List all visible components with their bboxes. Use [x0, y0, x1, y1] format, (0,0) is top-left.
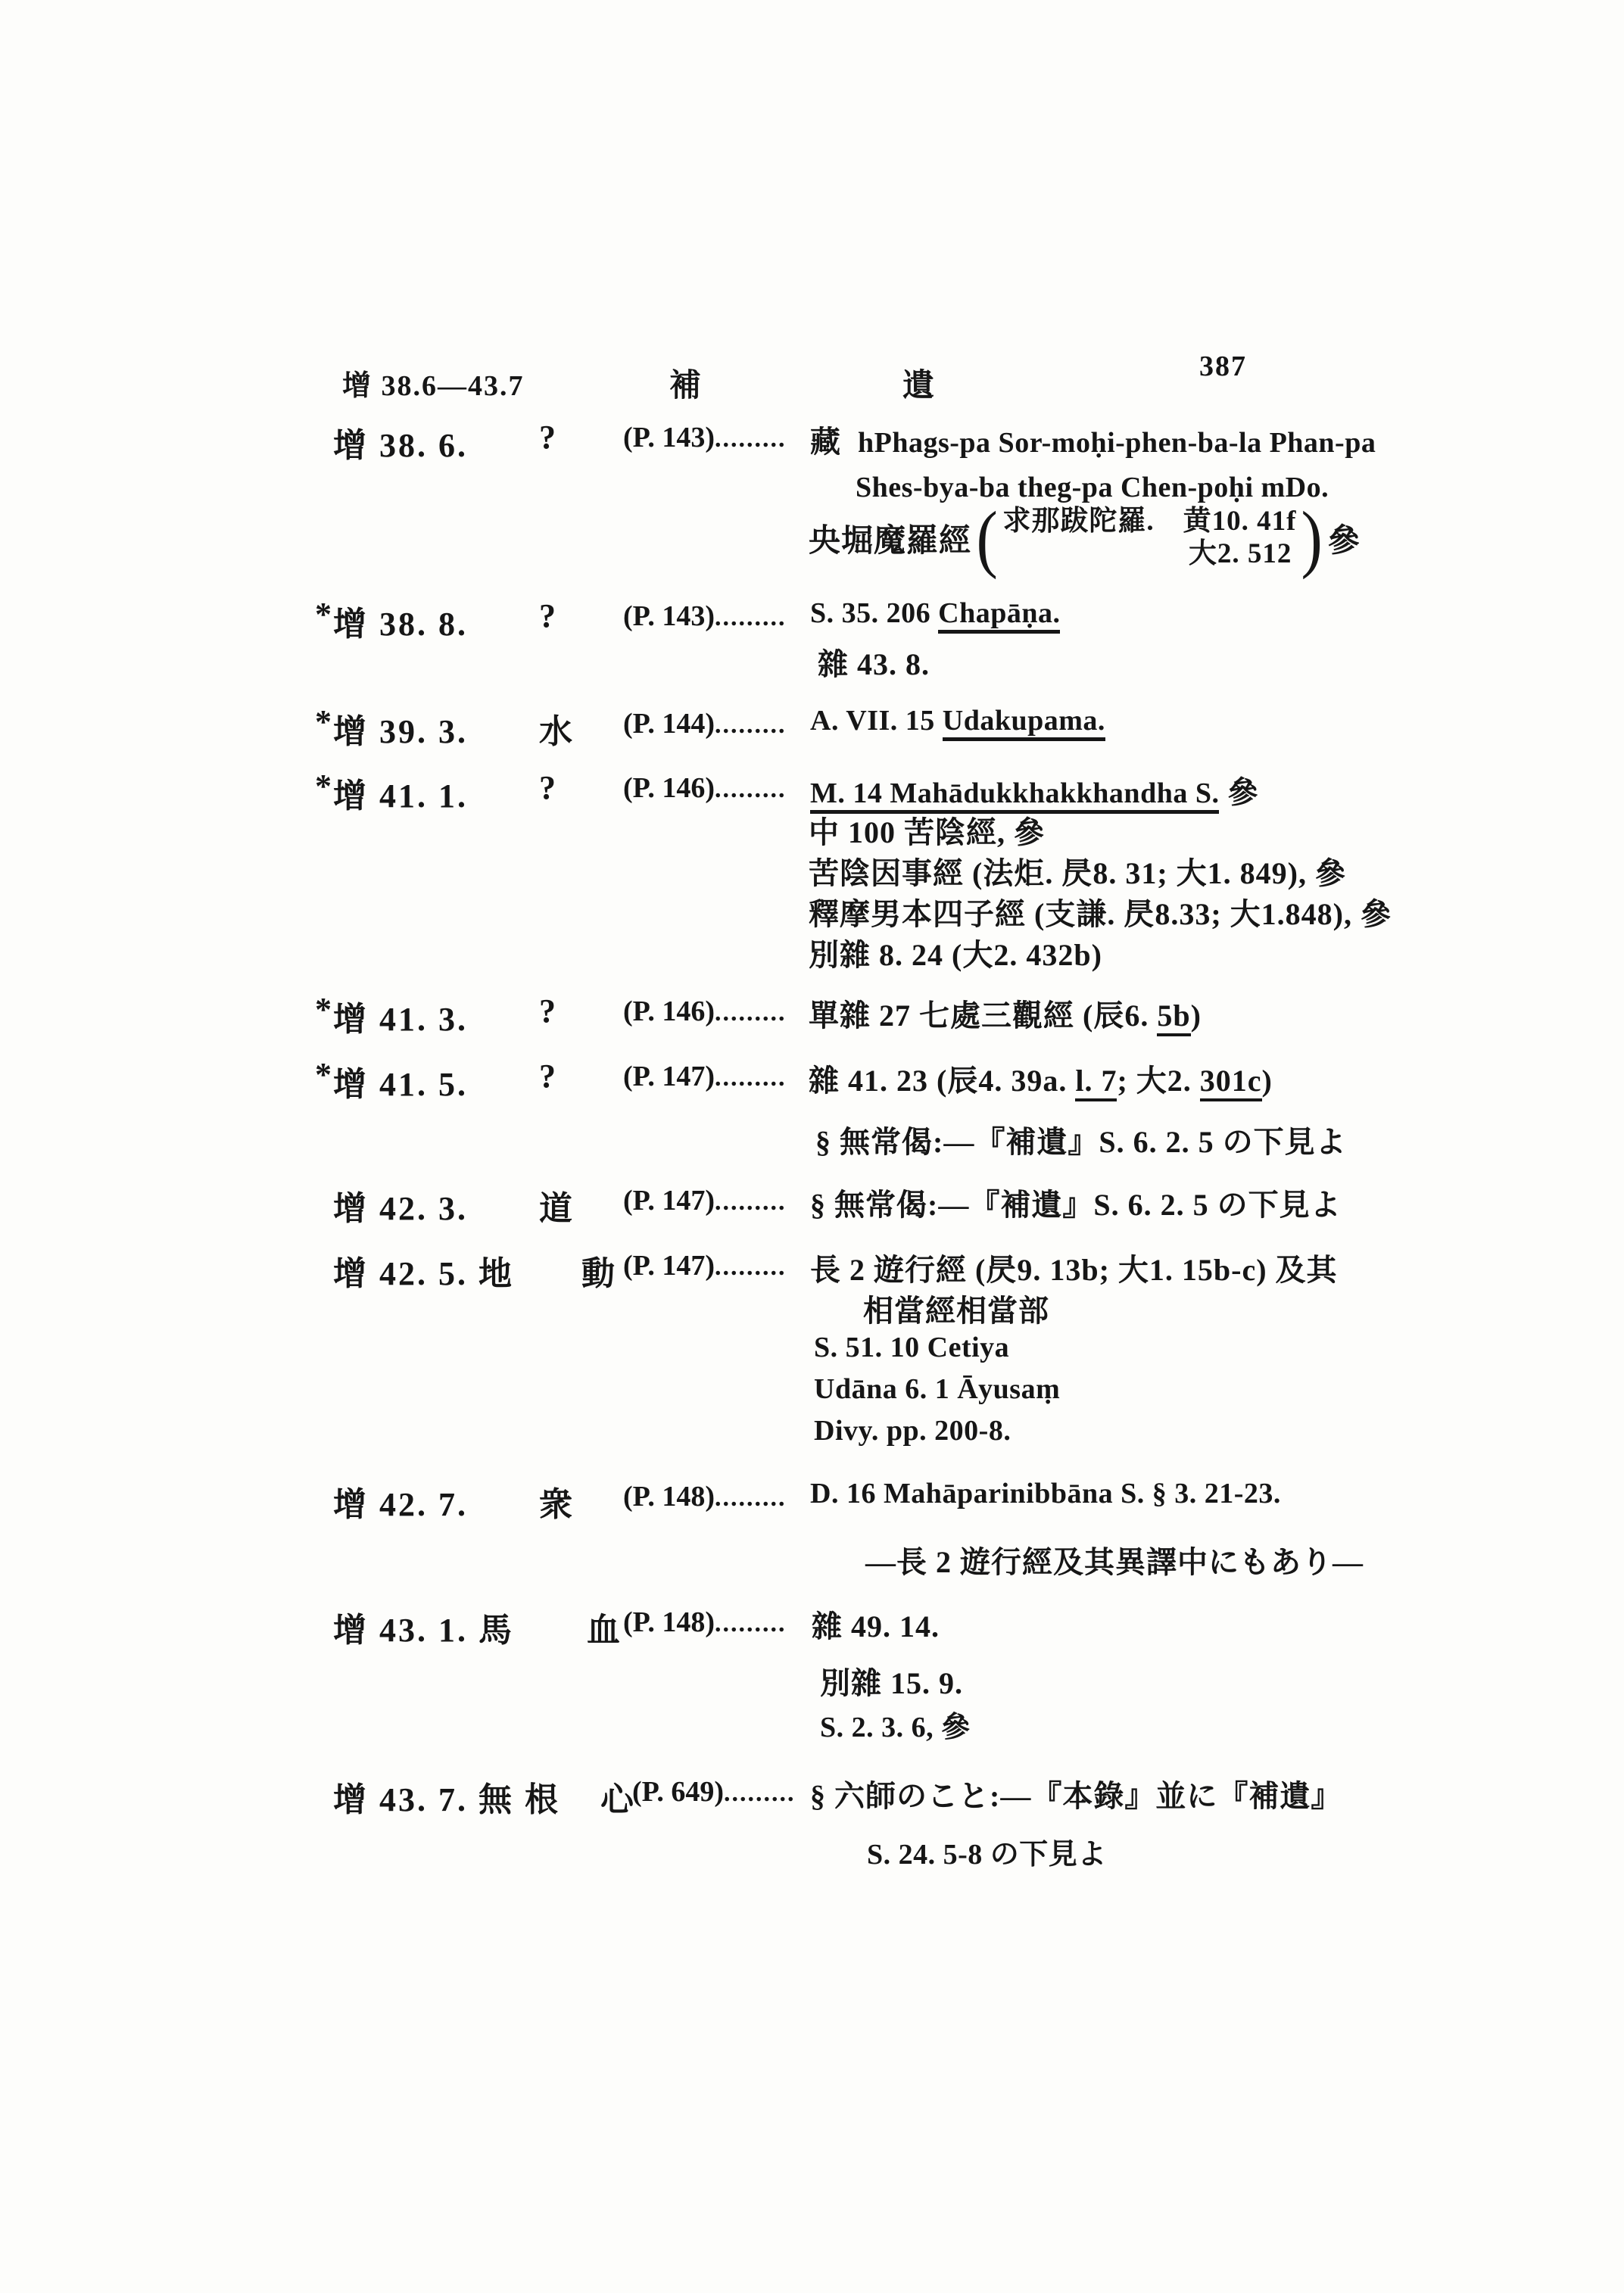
- taisho-ref: 大2. 512: [1189, 538, 1292, 571]
- asterisk-mark: *: [315, 1055, 332, 1094]
- sub-reference: 苦陰因事經 (法炬. 昃8. 31; 大1. 849), 參: [809, 849, 1346, 893]
- page-ref: (P. 143): [623, 422, 715, 453]
- page-ref-and-leader: (P. 148).........: [623, 1480, 787, 1513]
- entry-id: 增 38. 6.: [333, 418, 468, 466]
- entry-title: 心: [600, 1772, 634, 1821]
- sub-reference: Udāna 6. 1 Āyusaṃ: [814, 1372, 1060, 1406]
- reference-text: 長 2 遊行經 (昃9. 13b; 大1. 15b-c) 及其: [810, 1246, 1338, 1289]
- sub-reference: —長 2 遊行經及其異譯中にもあり—: [865, 1538, 1364, 1581]
- page-ref: (P. 148): [623, 1606, 715, 1638]
- entry-id: 增 42. 5. 地: [333, 1246, 514, 1294]
- reference-text: D. 16 Mahāparinibbāna S. § 3. 21-23.: [810, 1477, 1281, 1510]
- entry-title: ?: [539, 768, 556, 807]
- page-ref: (P. 146): [623, 772, 715, 804]
- page-ref-and-leader: (P. 147).........: [623, 1060, 787, 1093]
- sub-reference: S. 51. 10 Cetiya: [814, 1331, 1009, 1364]
- open-paren: (: [974, 506, 1000, 570]
- entry-title: 水: [539, 704, 572, 752]
- dots-leader: .........: [715, 1484, 787, 1513]
- entry-title: 道: [539, 1181, 572, 1229]
- header-entry-range: 增 38.6—43.7: [342, 362, 525, 403]
- close-paren: ): [1299, 506, 1326, 570]
- sub-reference: 別雜 15. 9.: [820, 1659, 963, 1703]
- entry-id: 增 41. 5.: [333, 1057, 468, 1105]
- reference-text: 藏hPhags-pa Sor-moḥi-phen-ba-la Phan-pa: [810, 418, 1376, 461]
- dots-leader: .........: [724, 1779, 796, 1808]
- asterisk-mark: *: [315, 595, 332, 634]
- sub-reference: S. 24. 5-8 の下見よ: [867, 1830, 1107, 1872]
- page-ref: (P. 147): [623, 1061, 715, 1092]
- entry-id: 增 43. 7. 無 根: [333, 1772, 560, 1821]
- page-ref: (P. 144): [623, 708, 715, 740]
- page-ref-and-leader: (P. 143).........: [623, 421, 787, 454]
- entry-title: ?: [539, 992, 556, 1030]
- reference-text: 單雜 27 七處三觀經 (辰6. 5b): [809, 992, 1202, 1035]
- page-ref-and-leader: (P. 144).........: [623, 707, 787, 740]
- header-title-right: 遺: [902, 360, 936, 406]
- pali-ref: S. 35. 206: [810, 597, 938, 629]
- sub-reference: 釋摩男本四子經 (支謙. 昃8.33; 大1.848), 參: [809, 890, 1392, 933]
- dots-leader: .........: [715, 1253, 787, 1282]
- page-ref: (P. 143): [623, 600, 715, 632]
- page-ref: (P. 148): [623, 1481, 715, 1513]
- entry-id: 增 39. 3.: [333, 704, 468, 752]
- asterisk-mark: *: [315, 990, 332, 1029]
- entry-id: 增 42. 3.: [333, 1181, 468, 1229]
- page-ref-and-leader: (P. 146).........: [623, 771, 787, 805]
- sub-reference: 別雜 8. 24 (大2. 432b): [809, 931, 1102, 974]
- compare-mark: 參: [1219, 775, 1258, 809]
- asterisk-mark: *: [315, 767, 332, 805]
- reference-text: M. 14 Mahādukkhakkhandha S. 參: [810, 768, 1258, 812]
- tibetan-title-line2: Shes-bya-ba theg-pa Chen-poḥi mDo.: [856, 471, 1329, 504]
- line-ref: l. 7: [1075, 1064, 1117, 1101]
- header-title-left: 補: [669, 360, 703, 406]
- entry-id: 增 42. 7.: [333, 1477, 468, 1525]
- page-ref-and-leader: (P. 148).........: [623, 1606, 787, 1639]
- reference-text: A. VII. 15 Udakupama.: [810, 704, 1105, 737]
- page-ref-and-leader: (P. 143).........: [623, 600, 787, 633]
- ref-segment: ; 大2.: [1117, 1064, 1199, 1098]
- entry-title: 血: [587, 1603, 620, 1651]
- asterisk-mark: *: [315, 703, 332, 741]
- reference-text: § 六師のこと:—『本錄』並に『補遺』: [810, 1772, 1342, 1815]
- reference-text: S. 35. 206 Chapāṇa.: [810, 597, 1060, 630]
- page-ref-and-leader: (P. 649).........: [632, 1775, 796, 1809]
- entry-id: 增 43. 1. 馬: [333, 1603, 514, 1651]
- sub-reference: § 無常偈:—『補遺』S. 6. 2. 5 の下見よ: [815, 1118, 1347, 1161]
- dots-leader: .........: [715, 711, 787, 740]
- entry-id: 增 38. 8.: [333, 597, 468, 645]
- dots-leader: .........: [715, 603, 787, 632]
- page-ref: (P. 146): [623, 995, 715, 1027]
- compare-mark: 參: [1328, 516, 1361, 561]
- entry-id: 增 41. 3.: [333, 992, 468, 1040]
- chinese-sutra-title: 央堀魔羅經: [809, 516, 971, 561]
- entry-title: 衆: [539, 1477, 572, 1525]
- page-ref-and-leader: (P. 147).........: [623, 1184, 787, 1217]
- sub-reference: S. 2. 3. 6, 參: [820, 1703, 971, 1745]
- scanned-catalog-page: 增 38.6—43.7 補 遺 387 增 38. 6. ? (P. 143).…: [0, 0, 1624, 2293]
- entry-title: 動: [581, 1246, 615, 1294]
- reference-text: § 無常偈:—『補遺』S. 6. 2. 5 の下見よ: [810, 1181, 1342, 1224]
- folio-ref: 5b: [1157, 999, 1190, 1036]
- taisho-column-ref: 301c: [1200, 1064, 1262, 1101]
- dots-leader: .........: [715, 1188, 787, 1217]
- entry-title: ?: [539, 597, 556, 635]
- dots-leader: .........: [715, 1064, 787, 1092]
- paren-content: 求那跋陀羅. 黄10. 41f 大2. 512: [1002, 506, 1296, 570]
- tibetan-title-line1: hPhags-pa Sor-moḥi-phen-ba-la Phan-pa: [858, 427, 1376, 459]
- reference-text: 雜 49. 14.: [812, 1603, 940, 1646]
- ref-segment: 單雜 27 七處三觀經 (辰6.: [809, 999, 1157, 1033]
- canon-marker: 藏: [810, 425, 841, 459]
- sub-reference: 相當經相當部: [863, 1287, 1049, 1330]
- pali-ref: A. VII. 15: [810, 705, 943, 737]
- dots-leader: .........: [715, 999, 787, 1027]
- entry-title: ?: [539, 418, 556, 456]
- sub-reference: 雜 43. 8.: [818, 640, 930, 684]
- ref-segment: 雜 41. 23 (辰4. 39a.: [809, 1064, 1075, 1098]
- pali-sutta-name: Chapāṇa.: [938, 597, 1060, 634]
- reference-text: 雜 41. 23 (辰4. 39a. l. 7; 大2. 301c): [809, 1057, 1273, 1100]
- chinese-parallel-block: 央堀魔羅經 ( 求那跋陀羅. 黄10. 41f 大2. 512 ) 參: [809, 506, 1361, 570]
- dots-leader: .........: [715, 1609, 787, 1638]
- page-ref: (P. 147): [623, 1250, 715, 1282]
- entry-title: ?: [539, 1057, 556, 1095]
- translator-and-ref: 求那跋陀羅. 黄10. 41f: [1002, 506, 1296, 538]
- dots-leader: .........: [715, 775, 787, 804]
- page-ref-and-leader: (P. 146).........: [623, 995, 787, 1028]
- entry-id: 增 41. 1.: [333, 768, 468, 817]
- page-ref-and-leader: (P. 147).........: [623, 1249, 787, 1282]
- dots-leader: .........: [715, 425, 787, 453]
- header-page-number: 387: [1199, 350, 1247, 383]
- pali-sutta-name: Udakupama.: [943, 705, 1105, 741]
- sub-reference: 中 100 苦陰經, 參: [809, 808, 1045, 852]
- sub-reference: Divy. pp. 200-8.: [814, 1414, 1011, 1447]
- page-ref: (P. 649): [632, 1776, 724, 1808]
- page-ref: (P. 147): [623, 1185, 715, 1217]
- ref-segment: ): [1191, 999, 1202, 1033]
- ref-segment: ): [1262, 1064, 1273, 1098]
